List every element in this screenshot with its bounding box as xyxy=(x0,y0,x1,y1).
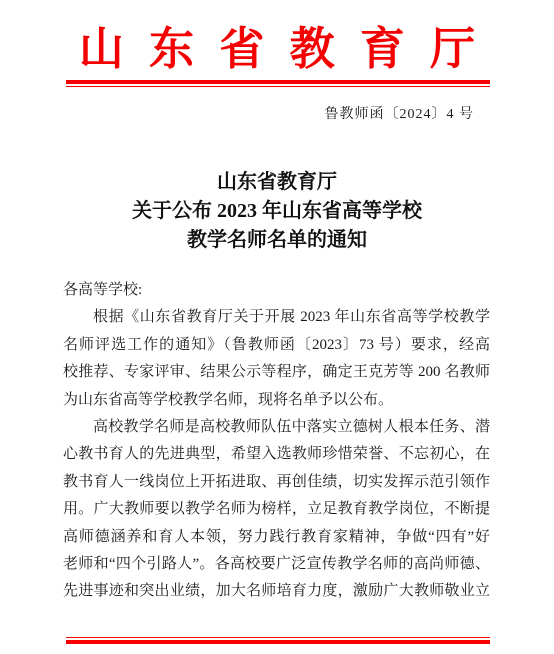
body-line: 用。广大教师要以教学名师为榜样，立足教育教学岗位，不断提 xyxy=(63,496,490,523)
document-number: 鲁教师函〔2024〕4 号 xyxy=(0,107,554,123)
footer-divider xyxy=(66,637,490,644)
body-line: 教书育人一线岗位上开拓进取、再创佳绩，切实发挥示范引领作 xyxy=(63,469,490,496)
body-line: 名师评选工作的通知》（鲁教师函〔2023〕73 号）要求，经高 xyxy=(63,332,490,359)
body-line: 老师和“四个引路人”。各高校要广泛宣传教学名师的高尚师德、 xyxy=(63,551,490,578)
notice-title-line-1: 山东省教育厅 xyxy=(0,168,554,197)
body-line: 为山东省高等学校教学名师，现将名单予以公布。 xyxy=(63,387,490,414)
agency-masthead: 山 东 省 教 育 厅 xyxy=(0,25,554,73)
body-line: 校推荐、专家评审、结果公示等程序，确定王克芳等 200 名教师 xyxy=(63,359,490,386)
notice-title-line-3: 教学名师名单的通知 xyxy=(0,226,554,255)
body-line: 心教书育人的先进典型，希望入选教师珍惜荣誉、不忘初心，在 xyxy=(63,441,490,468)
salutation: 各高等学校: xyxy=(63,277,490,304)
body-line: 高校教学名师是高校教师队伍中落实立德树人根本任务、潜 xyxy=(63,414,490,441)
body-line: 根据《山东省教育厅关于开展 2023 年山东省高等学校教学 xyxy=(63,304,490,331)
body-line: 高师德涵养和育人本领，努力践行教育家精神，争做“四有”好 xyxy=(63,524,490,551)
body-line: 先进事迹和突出业绩，加大名师培育力度，激励广大教师敬业立 xyxy=(63,578,490,605)
notice-title-line-2: 关于公布 2023 年山东省高等学校 xyxy=(0,197,554,226)
official-notice-page: 山 东 省 教 育 厅 鲁教师函〔2024〕4 号 山东省教育厅 关于公布 20… xyxy=(0,0,554,654)
masthead-divider xyxy=(66,80,490,87)
notice-title: 山东省教育厅 关于公布 2023 年山东省高等学校 教学名师名单的通知 xyxy=(0,168,554,255)
notice-body: 各高等学校: 根据《山东省教育厅关于开展 2023 年山东省高等学校教学 名师评… xyxy=(63,277,490,606)
